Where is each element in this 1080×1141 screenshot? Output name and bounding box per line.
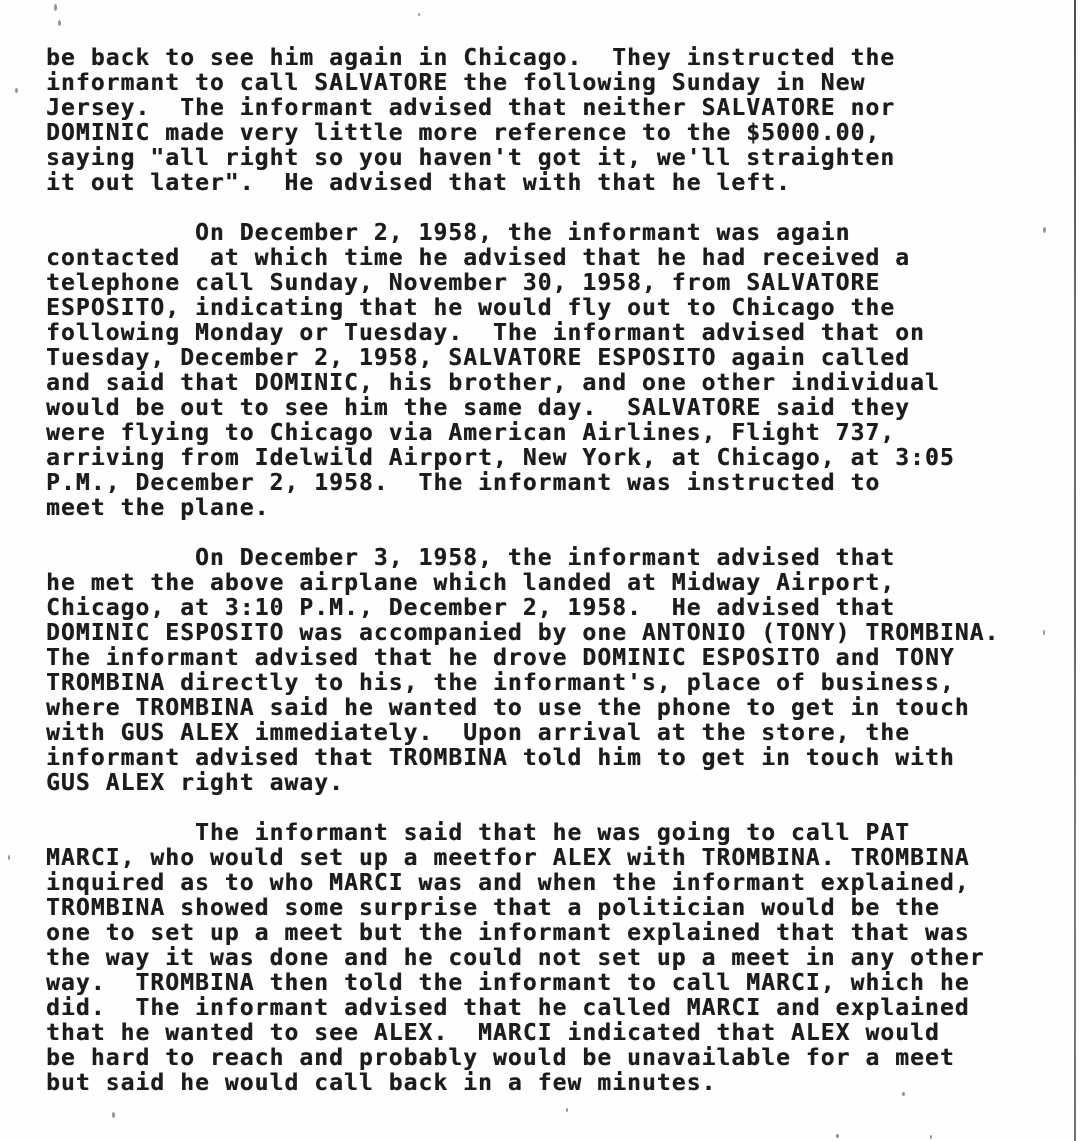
scan-speck xyxy=(566,1108,568,1112)
scan-speck xyxy=(930,1135,932,1139)
document-paragraph: On December 3, 1958, the informant advis… xyxy=(46,546,1036,796)
document-paragraph: On December 2, 1958, the informant was a… xyxy=(46,221,1036,521)
document-page: be back to see him again in Chicago. The… xyxy=(0,0,1080,1141)
page-edge-scan-line xyxy=(1074,0,1076,1141)
document-paragraph: The informant said that he was going to … xyxy=(46,821,1036,1096)
scan-speck xyxy=(902,1092,905,1096)
document-text-block: be back to see him again in Chicago. The… xyxy=(46,46,1036,1121)
scan-speck xyxy=(418,13,420,16)
scan-speck xyxy=(8,855,10,860)
scan-speck xyxy=(836,1134,839,1138)
scan-speck xyxy=(15,88,18,93)
scan-speck xyxy=(58,20,61,26)
document-paragraph: be back to see him again in Chicago. The… xyxy=(46,46,1036,196)
scan-speck xyxy=(54,4,57,11)
scan-speck xyxy=(112,1112,115,1118)
scan-speck xyxy=(1043,227,1046,233)
scan-speck xyxy=(1043,630,1045,635)
